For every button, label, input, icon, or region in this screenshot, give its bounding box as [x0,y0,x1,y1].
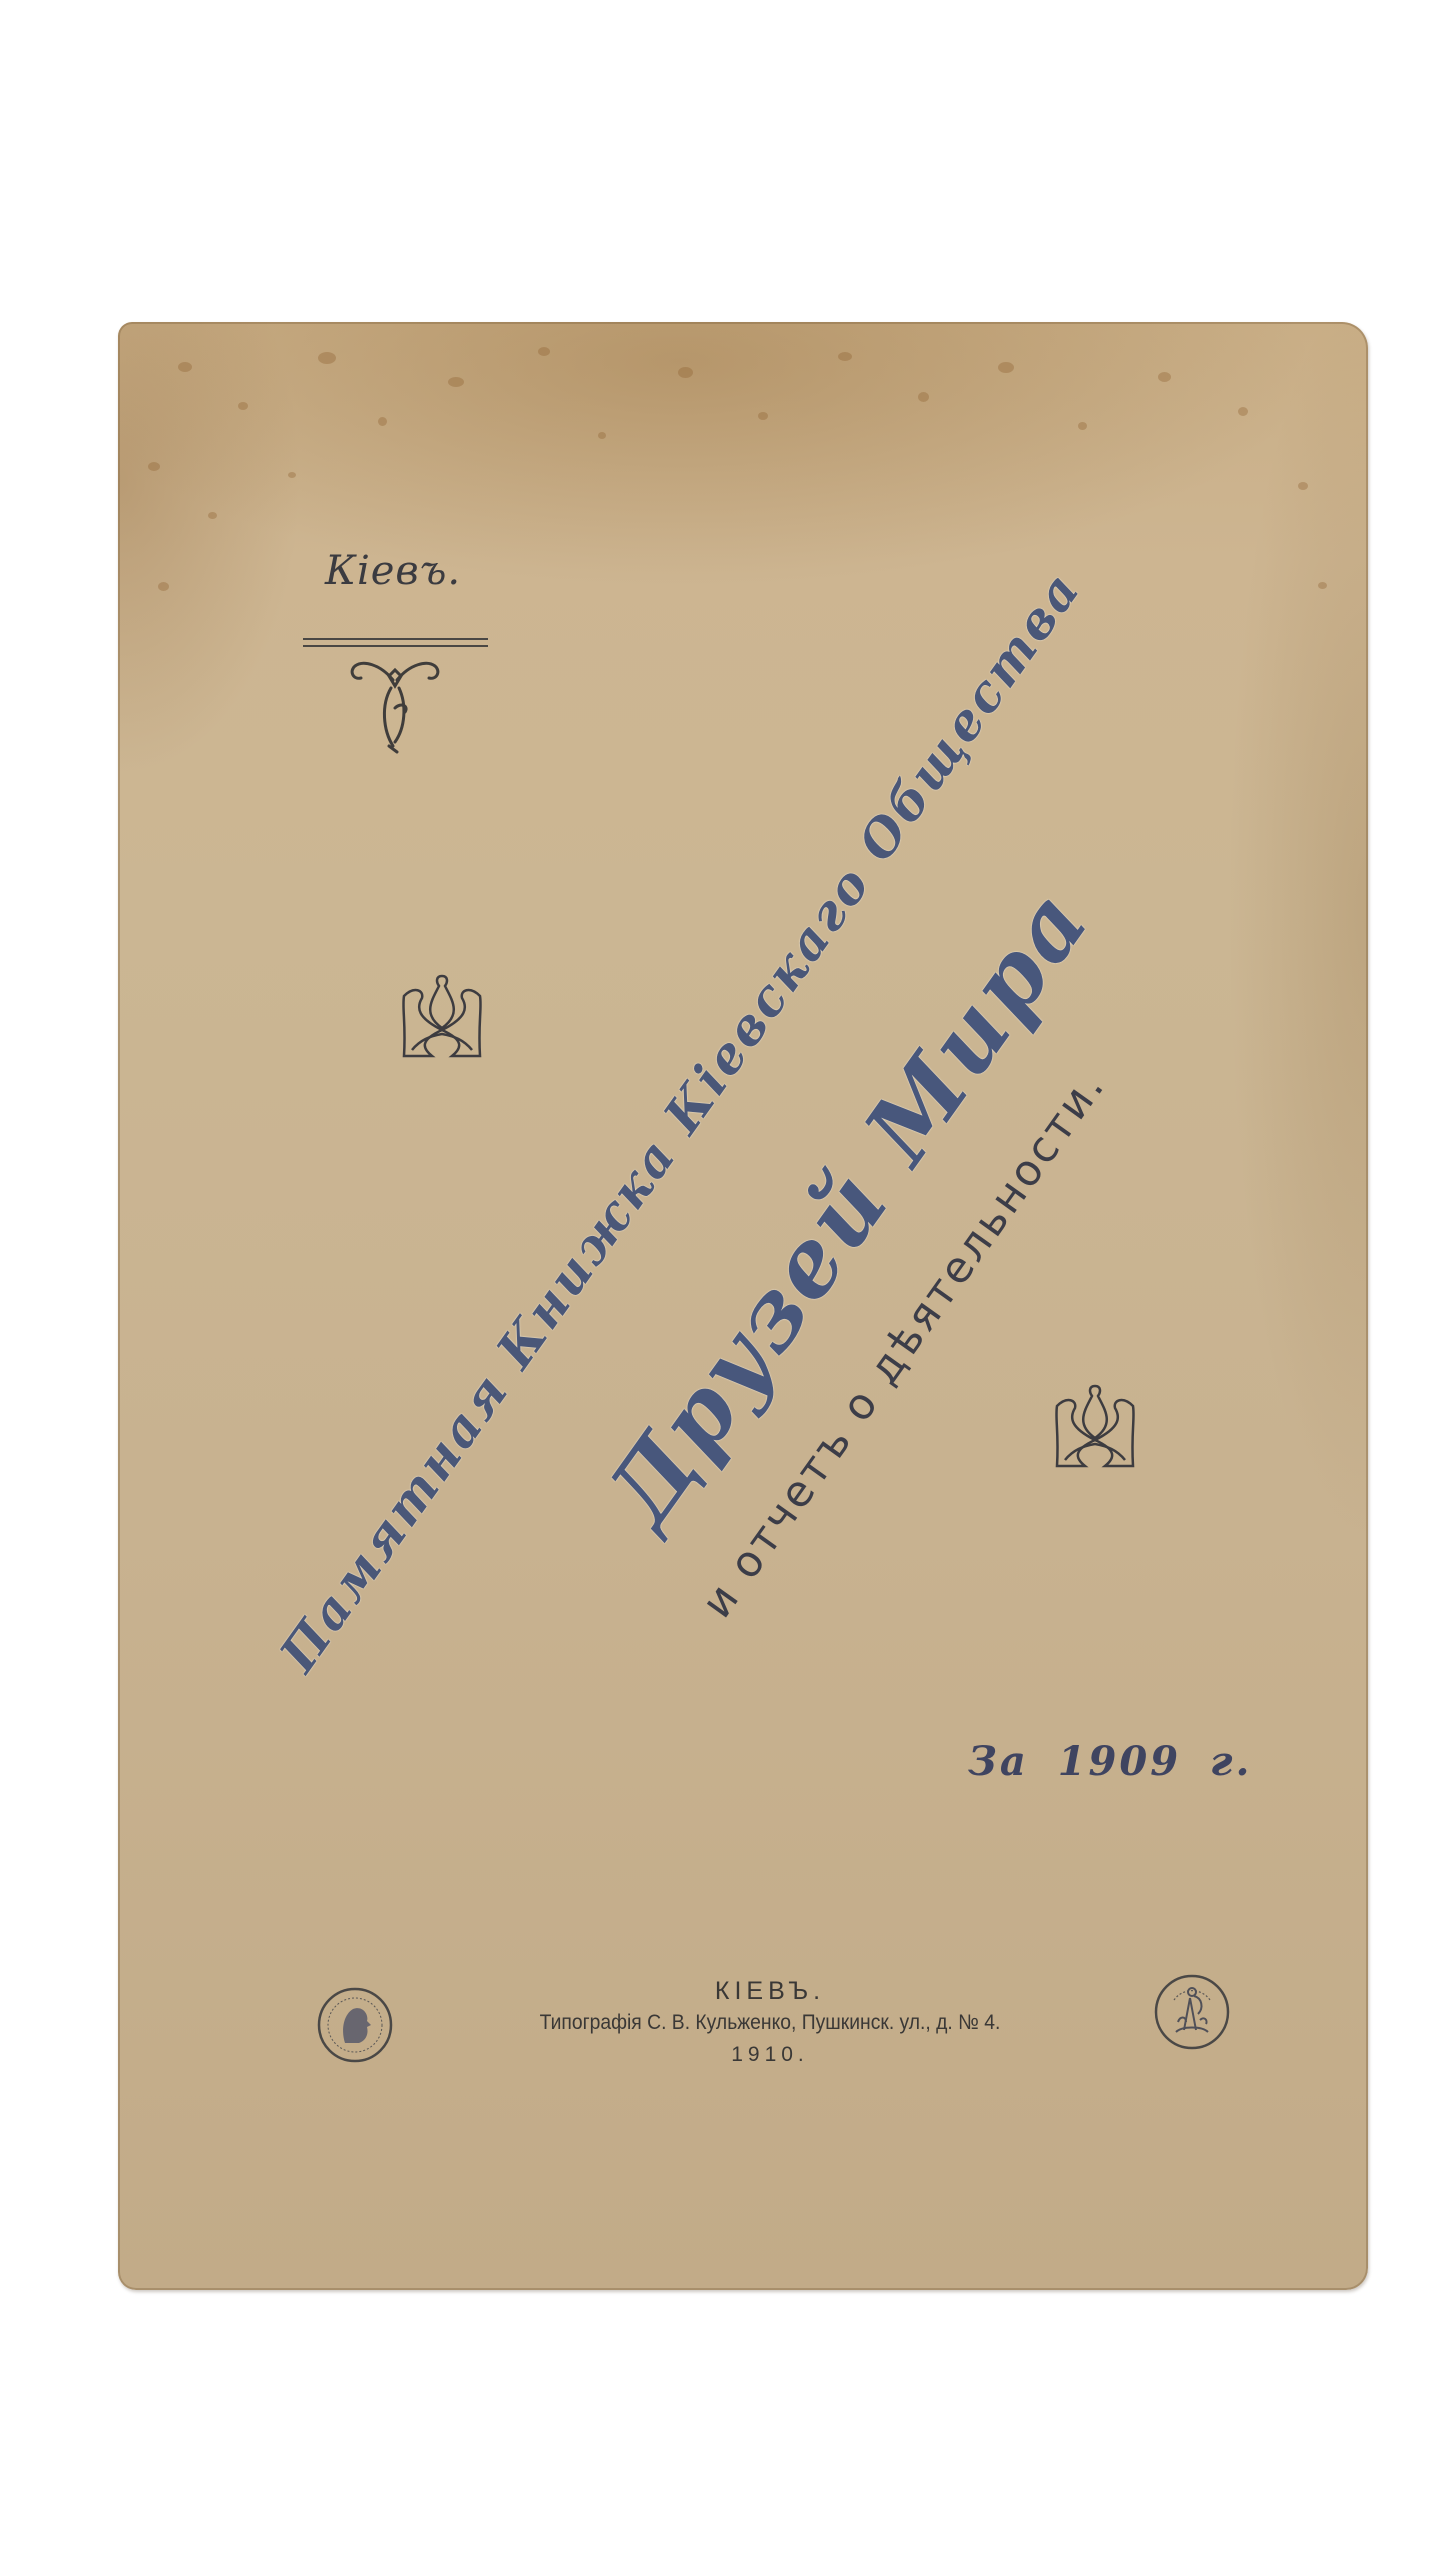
city-heading: Кіевъ. [325,548,461,594]
art-nouveau-emblem-icon [1045,1378,1145,1473]
imprint-press: Типографія С. В. Кульженко, Пушкинск. ул… [448,2007,1092,2039]
double-rule-divider [303,638,488,647]
allegory-medal-stamp-icon [1152,1972,1232,2052]
printer-imprint: КІЕВЪ. Типографія С. В. Кульженко, Пушки… [420,1975,1120,2071]
ornament-icon [345,650,445,755]
year-line: За 1909 г. [968,1738,1252,1785]
portrait-medal-stamp-icon [315,1985,395,2065]
imprint-year: 1910. [420,2039,1120,2071]
imprint-city: КІЕВЪ. [420,1975,1120,2007]
art-nouveau-emblem-icon [392,968,492,1063]
